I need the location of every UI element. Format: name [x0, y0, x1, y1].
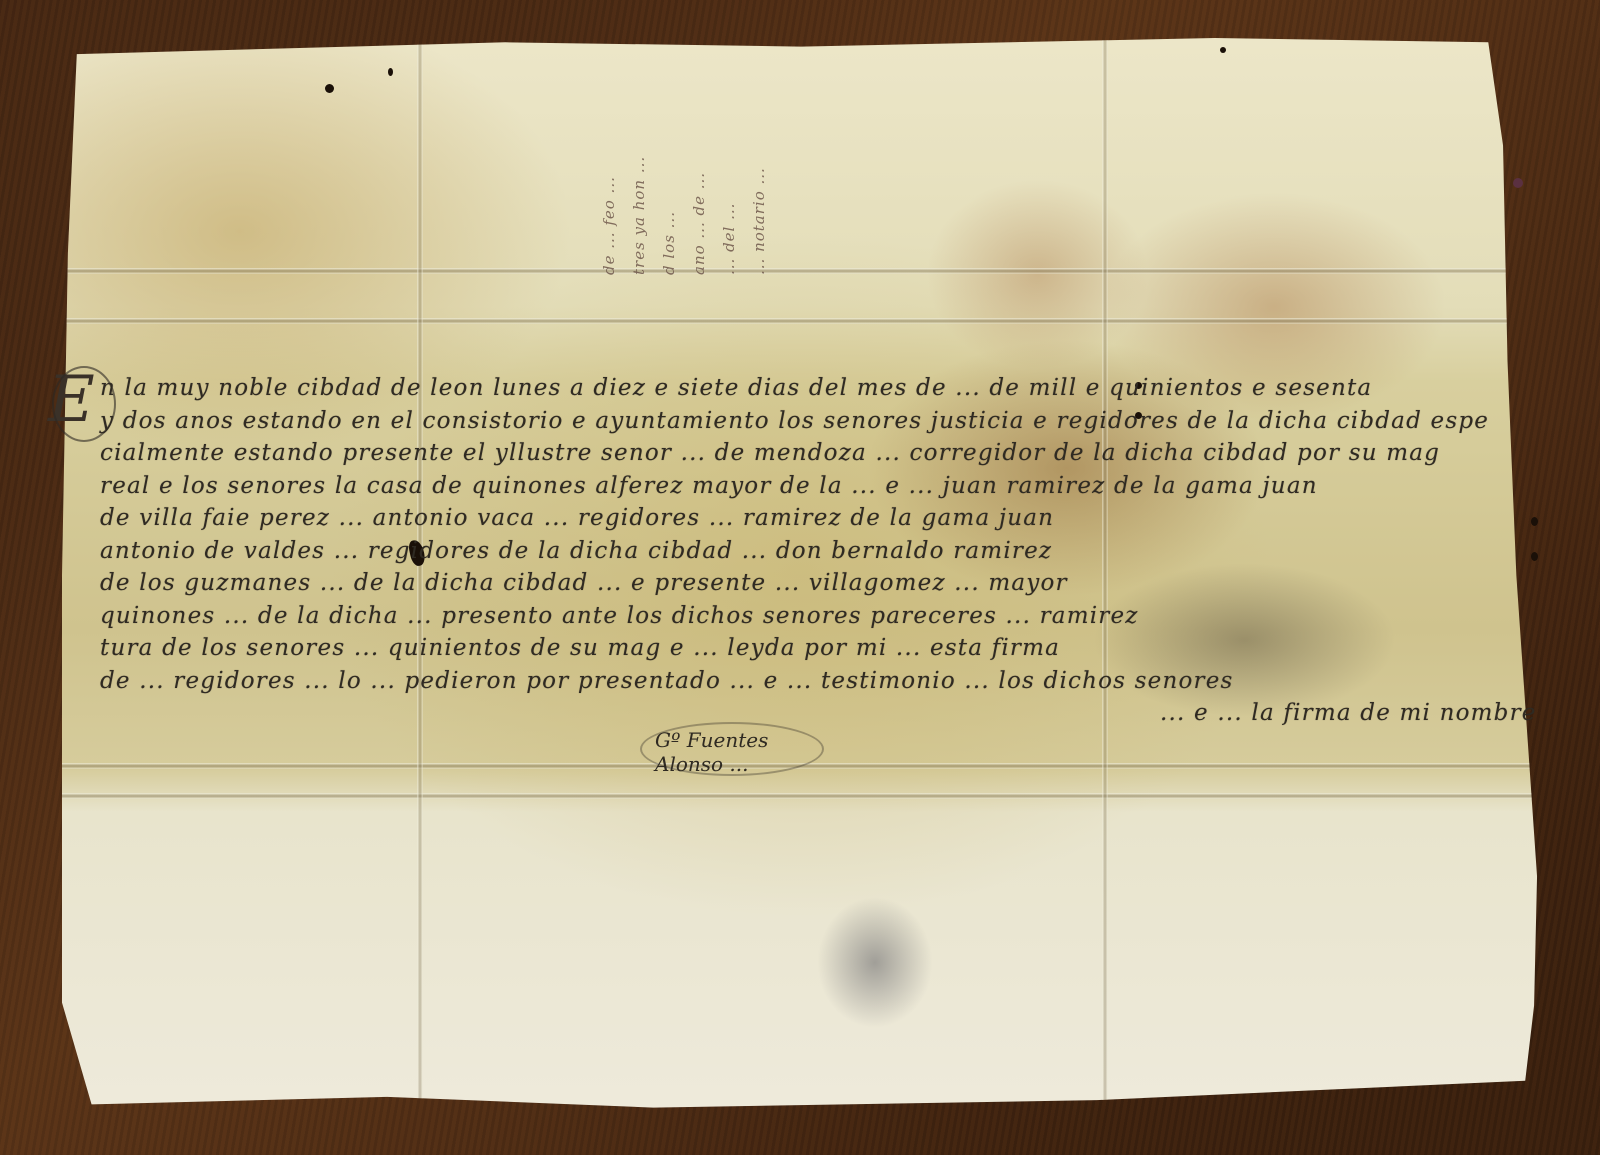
- worm-hole: [1513, 178, 1523, 188]
- manuscript-line: y dos anos estando en el consistorio e a…: [100, 405, 1530, 438]
- manuscript-line: de villa faie perez ... antonio vaca ...…: [100, 502, 1530, 535]
- manuscript-line: n la muy noble cibdad de leon lunes a di…: [100, 372, 1530, 405]
- margin-note-column: ... notario ...: [750, 95, 768, 275]
- margin-note-column: ano ... de ...: [690, 95, 708, 275]
- margin-note-column: d los ...: [660, 95, 678, 275]
- manuscript-line: tura de los senores ... quinientos de su…: [100, 632, 1530, 665]
- fold-crease-horizontal: [62, 318, 1540, 324]
- margin-note-column: ... del ...: [720, 95, 738, 275]
- margin-note-column: de ... feo ...: [600, 95, 618, 275]
- signature-rubric: [640, 722, 824, 776]
- fold-crease-horizontal: [62, 793, 1540, 799]
- margin-note-vertical: de ... feo ... tres ya hon ... d los ...…: [600, 95, 810, 285]
- manuscript-line: cialmente estando presente el yllustre s…: [100, 437, 1530, 470]
- manuscript-line: real e los senores la casa de quinones a…: [100, 470, 1530, 503]
- manuscript-body: n la muy noble cibdad de leon lunes a di…: [100, 372, 1530, 730]
- manuscript-line: ... e ... la firma de mi nombre: [100, 697, 1530, 730]
- manuscript-line: quinones ... de la dicha ... presento an…: [100, 600, 1530, 633]
- worm-hole: [1531, 552, 1538, 561]
- worm-hole: [388, 68, 393, 76]
- margin-note-column: tres ya hon ...: [630, 95, 648, 275]
- worm-hole: [1531, 517, 1538, 526]
- manuscript-line: antonio de valdes ... regidores de la di…: [100, 535, 1530, 568]
- manuscript-line: de ... regidores ... lo ... pedieron por…: [100, 665, 1530, 698]
- worm-hole: [325, 84, 334, 93]
- manuscript-line: de los guzmanes ... de la dicha cibdad .…: [100, 567, 1530, 600]
- worm-hole: [1220, 47, 1226, 53]
